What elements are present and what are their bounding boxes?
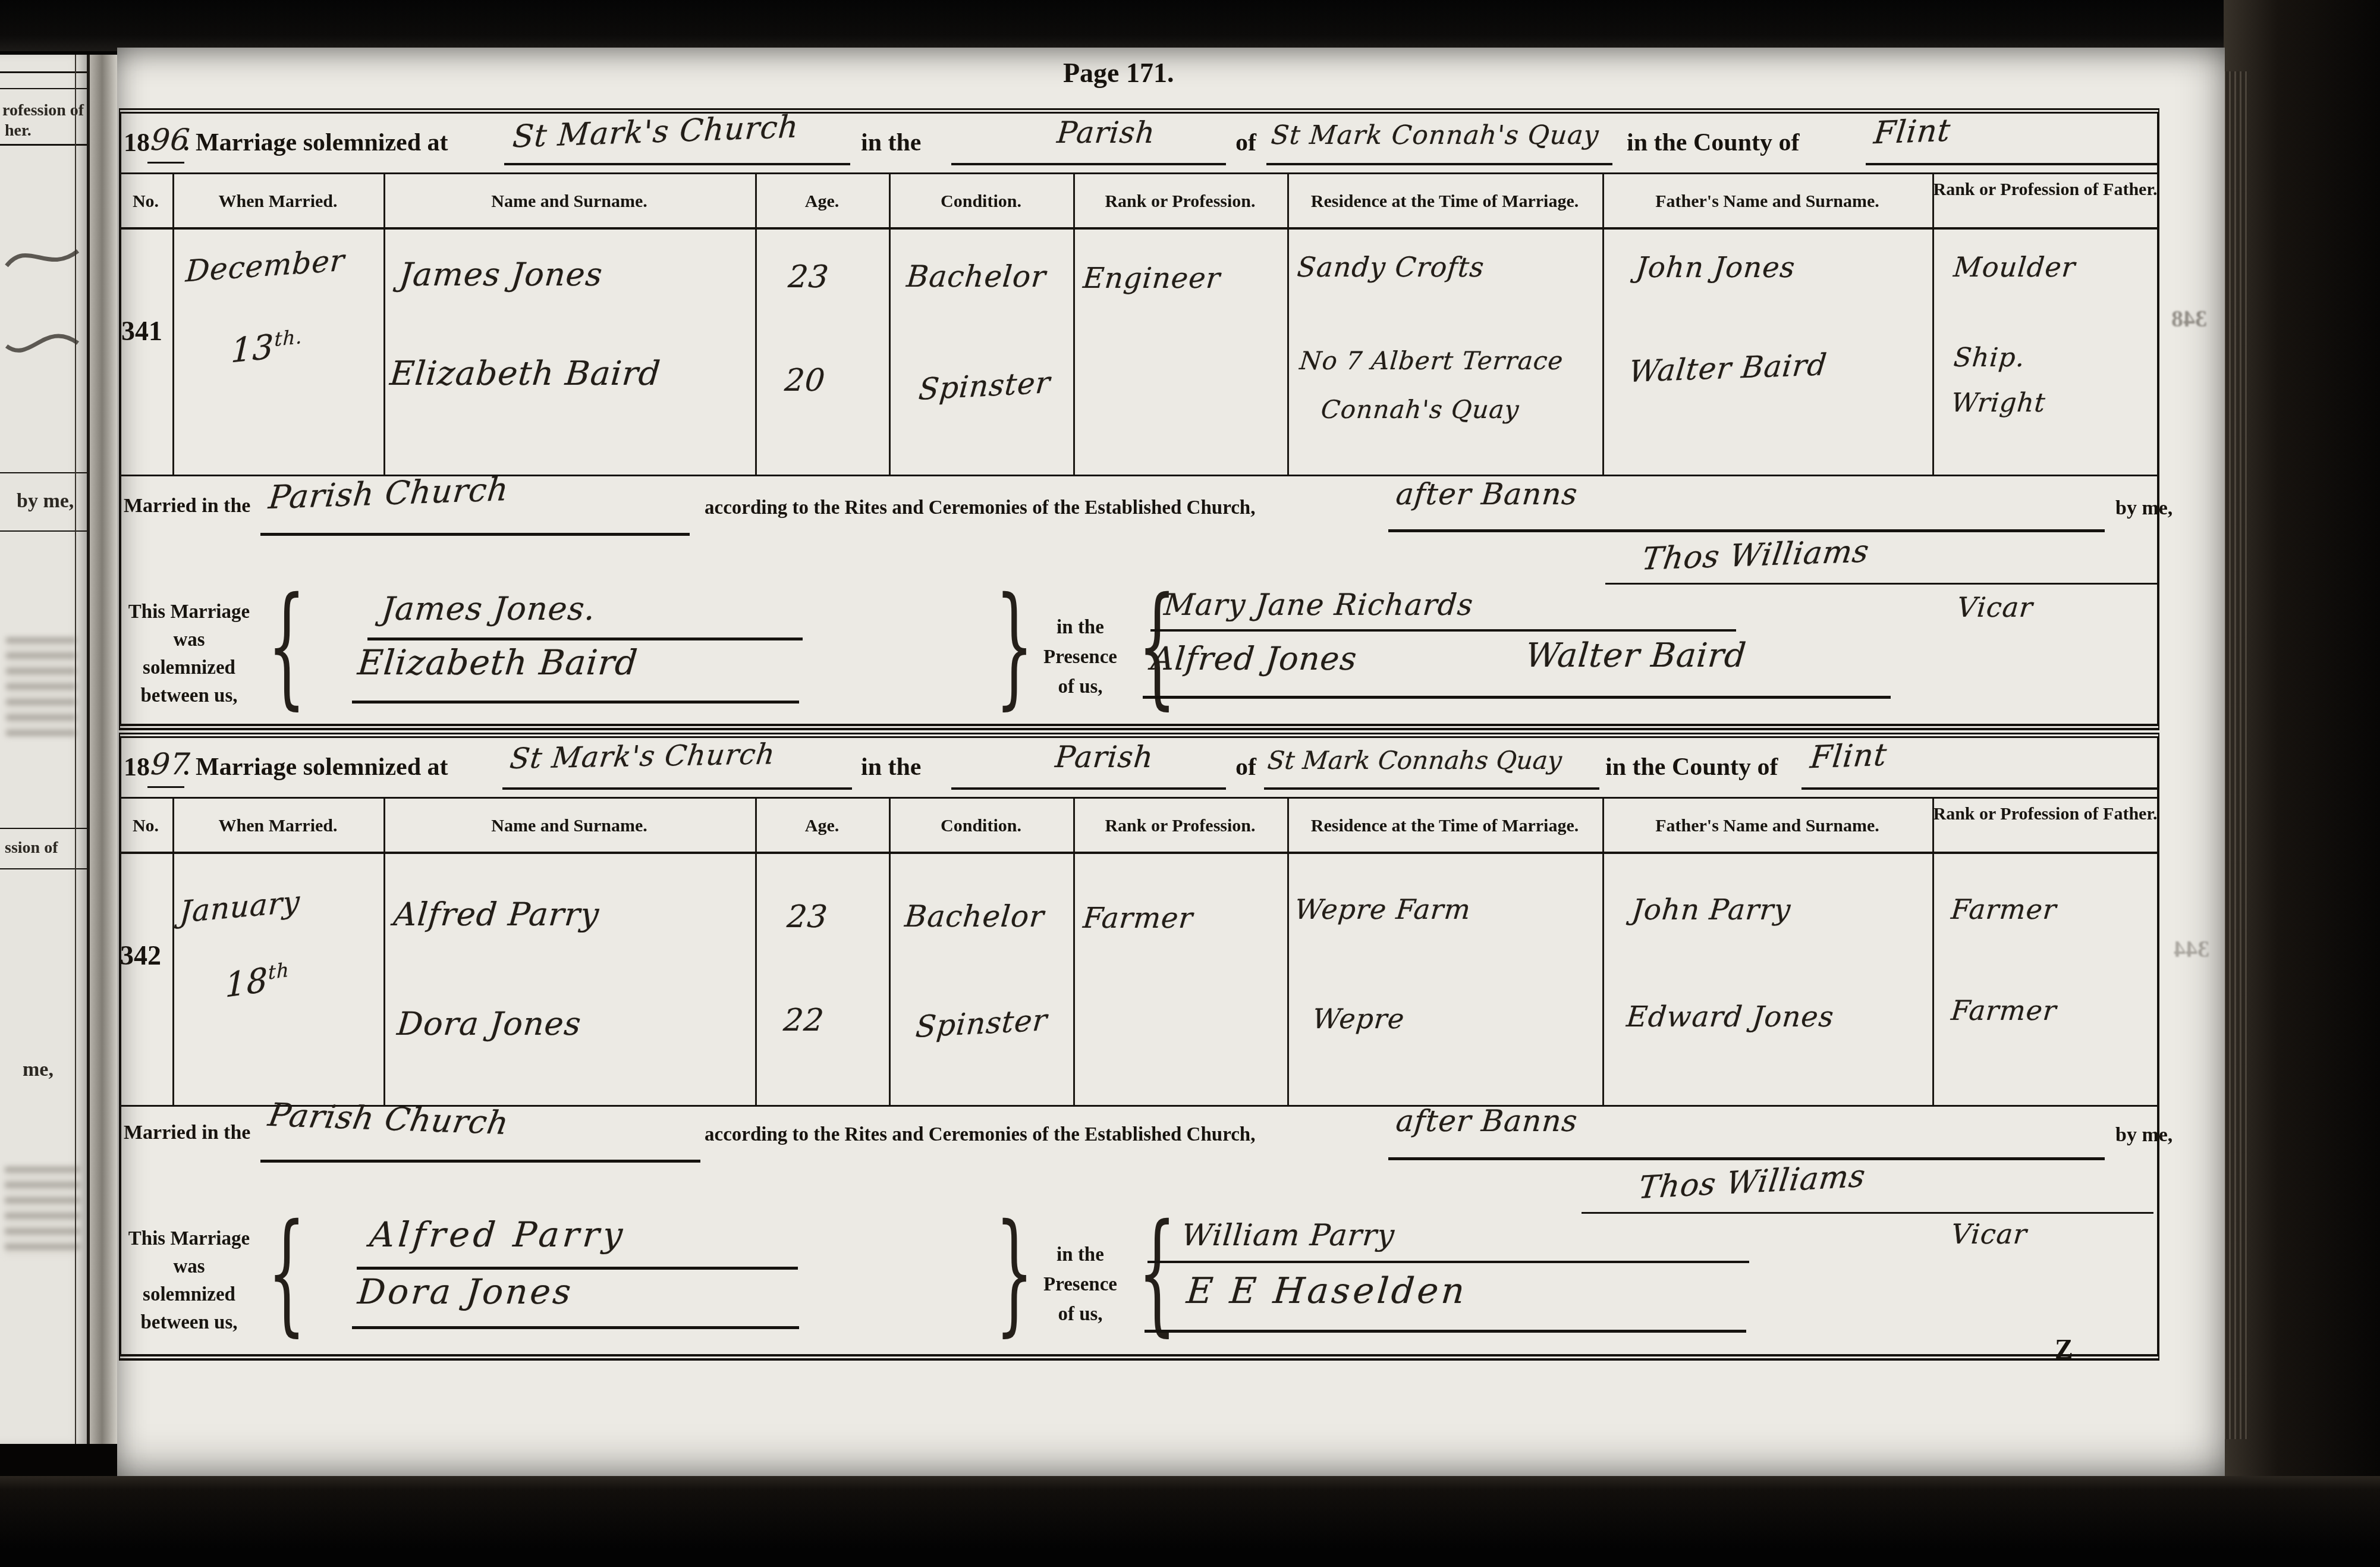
- parish-word-written: Parish: [1055, 115, 1156, 150]
- rule-line: [0, 71, 87, 73]
- county-label: in the County of: [1605, 753, 1778, 781]
- bleedthrough-number: 348: [2171, 304, 2207, 332]
- groom-condition-written: Bachelor: [903, 899, 1045, 934]
- bride-condition-written: Spinster: [917, 365, 1052, 407]
- facing-page-fragment: ssion of: [5, 839, 58, 858]
- bride-signature: Elizabeth Baird: [356, 642, 640, 683]
- column-header-father-rank: Rank or Profession of Father.: [1932, 180, 2158, 199]
- bleedthrough-number: 344: [2174, 935, 2209, 963]
- by-me-label: by me,: [2115, 497, 2173, 520]
- column-header-name-surname: Name and Surname.: [383, 191, 755, 211]
- column-divider: [1932, 174, 1934, 475]
- column-header-residence: Residence at the Time of Marriage.: [1287, 816, 1602, 836]
- column-header-father: Father's Name and Surname.: [1602, 191, 1932, 211]
- rule-line: [0, 868, 87, 869]
- witness-signature-1: William Parry: [1180, 1218, 1396, 1252]
- column-header-age: Age.: [755, 191, 889, 211]
- rule-line: [147, 786, 184, 788]
- rites-label: according to the Rites and Ceremonies of…: [705, 497, 1255, 519]
- year-printed-prefix: 18: [124, 127, 150, 158]
- rule-line: [1147, 1261, 1749, 1263]
- marriage-solemnized-label: . Marriage solemnized at: [183, 128, 448, 157]
- rule-line: [119, 172, 2159, 174]
- rule-line: [1866, 163, 2158, 165]
- entry-number: 342: [120, 940, 161, 971]
- rule-line: [0, 530, 87, 532]
- presence-label: in the Presence of us,: [1024, 613, 1137, 702]
- handwriting-fragment: [4, 233, 81, 281]
- rule-line: [119, 227, 2159, 230]
- column-divider: [889, 174, 891, 475]
- column-header-condition: Condition.: [889, 191, 1073, 211]
- brace-open: {: [268, 1208, 306, 1339]
- column-header-no: No.: [119, 816, 172, 836]
- this-marriage-label: This Marriage was solemnized between us,: [119, 1225, 259, 1337]
- bride-father-rank-written-1: Ship.: [1953, 343, 2026, 373]
- facing-page-fragment: by me,: [17, 490, 74, 513]
- page-number: Page 171.: [1063, 57, 1174, 89]
- facing-page-fragment: her.: [5, 121, 32, 140]
- rule-line: [951, 163, 1226, 165]
- rule-line: [1145, 1330, 1746, 1333]
- in-the-label: in the: [861, 128, 922, 157]
- when-married-day-written: 13th.: [230, 324, 303, 370]
- groom-rank-written: Engineer: [1082, 262, 1222, 295]
- column-divider: [172, 799, 174, 1105]
- rule-line: [1150, 629, 1736, 632]
- marriage-solemnized-label: . Marriage solemnized at: [183, 753, 448, 781]
- column-divider: [1602, 799, 1604, 1105]
- witness-signature-1: Mary Jane Richards: [1162, 588, 1474, 622]
- parish-name-written: St Mark Connahs Quay: [1266, 746, 1563, 775]
- bride-residence-written-1: Wepre: [1312, 1003, 1406, 1035]
- page-stack-texture: [2224, 71, 2247, 1439]
- book-bottom-edge: [0, 1476, 2380, 1567]
- of-label: of: [1235, 128, 1256, 157]
- column-header-father: Father's Name and Surname.: [1602, 816, 1932, 836]
- bride-name-written: Dora Jones: [395, 1005, 583, 1042]
- column-header-no: No.: [119, 191, 172, 211]
- rule-line: [357, 1267, 798, 1270]
- column-header-rank: Rank or Profession.: [1073, 816, 1287, 836]
- groom-father-rank-written: Moulder: [1953, 251, 2077, 283]
- column-header-residence: Residence at the Time of Marriage.: [1287, 191, 1602, 211]
- column-divider: [755, 174, 757, 475]
- groom-residence-written: Sandy Crofts: [1296, 251, 1486, 283]
- column-header-when-married: When Married.: [172, 816, 383, 836]
- column-header-name-surname: Name and Surname.: [383, 816, 755, 836]
- rule-line: [1264, 787, 1599, 790]
- officiant-title-written: Vicar: [1956, 591, 2035, 623]
- rule-line: [0, 144, 87, 146]
- bleedthrough-text: [6, 638, 76, 737]
- year-printed-prefix: 18: [124, 752, 150, 782]
- column-divider: [755, 799, 757, 1105]
- groom-residence-written: Wepre Farm: [1294, 893, 1473, 925]
- presence-label: in the Presence of us,: [1024, 1240, 1137, 1329]
- rule-line: [0, 88, 87, 89]
- sheet-mark: Z: [2055, 1333, 2073, 1365]
- bride-father-written: Walter Baird: [1627, 347, 1829, 389]
- of-label: of: [1235, 753, 1256, 781]
- bride-condition-written: Spinster: [914, 1003, 1049, 1044]
- column-divider: [1932, 799, 1934, 1105]
- brace-open: {: [1138, 1208, 1177, 1339]
- rule-line: [260, 533, 690, 536]
- rule-line: [0, 472, 87, 473]
- column-divider: [1602, 174, 1604, 475]
- this-marriage-label: This Marriage was solemnized between us,: [119, 598, 259, 710]
- rule-line: [352, 1326, 799, 1329]
- groom-name-written: Alfred Parry: [392, 896, 601, 933]
- rule-line: [1605, 583, 2158, 585]
- rule-line: [951, 787, 1226, 790]
- groom-signature: James Jones.: [380, 590, 597, 627]
- groom-father-written: John Jones: [1635, 251, 1797, 284]
- facing-page-fragment: rofession of: [2, 101, 84, 120]
- entry-number: 341: [121, 315, 162, 347]
- bride-father-rank-written-2: Wright: [1950, 388, 2047, 418]
- rule-line: [260, 1160, 700, 1163]
- rule-line: [367, 638, 803, 640]
- rule-line: [147, 162, 184, 164]
- officiant-title-written: Vicar: [1950, 1218, 2029, 1250]
- column-divider: [172, 174, 174, 475]
- county-written: Flint: [1809, 737, 1889, 776]
- facing-page-edge: rofession of her. by me, ssion of me,: [0, 55, 90, 1444]
- column-header-rank: Rank or Profession.: [1073, 191, 1287, 211]
- rule-line: [1801, 787, 2158, 790]
- column-header-condition: Condition.: [889, 816, 1073, 836]
- county-label: in the County of: [1627, 128, 1800, 157]
- banns-written: after Banns: [1394, 1104, 1579, 1138]
- bride-name-written: Elizabeth Baird: [388, 354, 662, 393]
- bride-residence-written-1: No 7 Albert Terrace: [1299, 346, 1565, 375]
- rule-line: [1388, 1157, 2105, 1160]
- in-the-label: in the: [861, 753, 922, 781]
- groom-father-written: John Parry: [1631, 893, 1793, 927]
- witness-signature-3: Walter Baird: [1524, 636, 1748, 675]
- rule-line: [352, 701, 799, 704]
- column-divider: [383, 799, 385, 1105]
- rites-label: according to the Rites and Ceremonies of…: [705, 1124, 1255, 1146]
- brace-open: {: [268, 581, 306, 712]
- rule-line: [119, 797, 2159, 799]
- witness-signature-2: Alfred Jones: [1149, 640, 1359, 677]
- book-top-edge: [0, 0, 2380, 51]
- church-name-written: St Mark's Church: [508, 737, 777, 775]
- facing-page-fragment: me,: [23, 1059, 54, 1081]
- rule-line: [119, 852, 2159, 854]
- column-divider: [1073, 174, 1075, 475]
- married-in-label: Married in the: [124, 495, 250, 517]
- married-in-label: Married in the: [124, 1122, 250, 1144]
- bride-father-written: Edward Jones: [1626, 1000, 1835, 1034]
- banns-written: after Banns: [1394, 477, 1579, 511]
- bride-residence-written-2: Connah's Quay: [1320, 395, 1521, 424]
- book-gutter-shadow: [90, 55, 117, 1444]
- bride-age-written: 20: [783, 363, 826, 398]
- rule-line: [1388, 529, 2105, 532]
- witness-signature-2: E E Haselden: [1185, 1270, 1469, 1312]
- groom-signature: Alfred Parry: [368, 1214, 628, 1255]
- column-divider: [383, 174, 385, 475]
- bride-age-written: 22: [782, 1003, 825, 1038]
- column-divider: [1073, 799, 1075, 1105]
- groom-rank-written: Farmer: [1082, 902, 1194, 935]
- bleedthrough-text: [5, 1167, 80, 1256]
- groom-condition-written: Bachelor: [905, 259, 1047, 294]
- column-header-age: Age.: [755, 816, 889, 836]
- groom-age-written: 23: [785, 899, 829, 935]
- by-me-label: by me,: [2115, 1124, 2173, 1147]
- rule-line: [1143, 696, 1891, 699]
- rule-line: [1582, 1212, 2153, 1214]
- parish-word-written: Parish: [1054, 740, 1155, 774]
- scanned-register-page: rofession of her. by me, ssion of me, Pa…: [0, 0, 2380, 1567]
- column-header-when-married: When Married.: [172, 191, 383, 211]
- county-written: Flint: [1872, 113, 1953, 152]
- groom-father-rank-written: Farmer: [1950, 893, 2058, 925]
- bride-father-rank-written-1: Farmer: [1950, 994, 2058, 1026]
- column-divider: [1287, 174, 1289, 475]
- rule-line: [1266, 163, 1612, 165]
- rule-line: [75, 55, 76, 1444]
- groom-age-written: 23: [787, 259, 830, 295]
- handwriting-fragment: [4, 316, 81, 364]
- column-divider: [889, 799, 891, 1105]
- rule-line: [504, 163, 850, 165]
- rule-line: [502, 787, 852, 790]
- column-divider: [1287, 799, 1289, 1105]
- rule-line: [0, 828, 87, 829]
- column-header-father-rank: Rank or Profession of Father.: [1932, 804, 2158, 824]
- bride-signature: Dora Jones: [356, 1271, 575, 1312]
- parish-name-written: St Mark Connah's Quay: [1270, 120, 1601, 150]
- groom-name-written: James Jones: [398, 256, 604, 293]
